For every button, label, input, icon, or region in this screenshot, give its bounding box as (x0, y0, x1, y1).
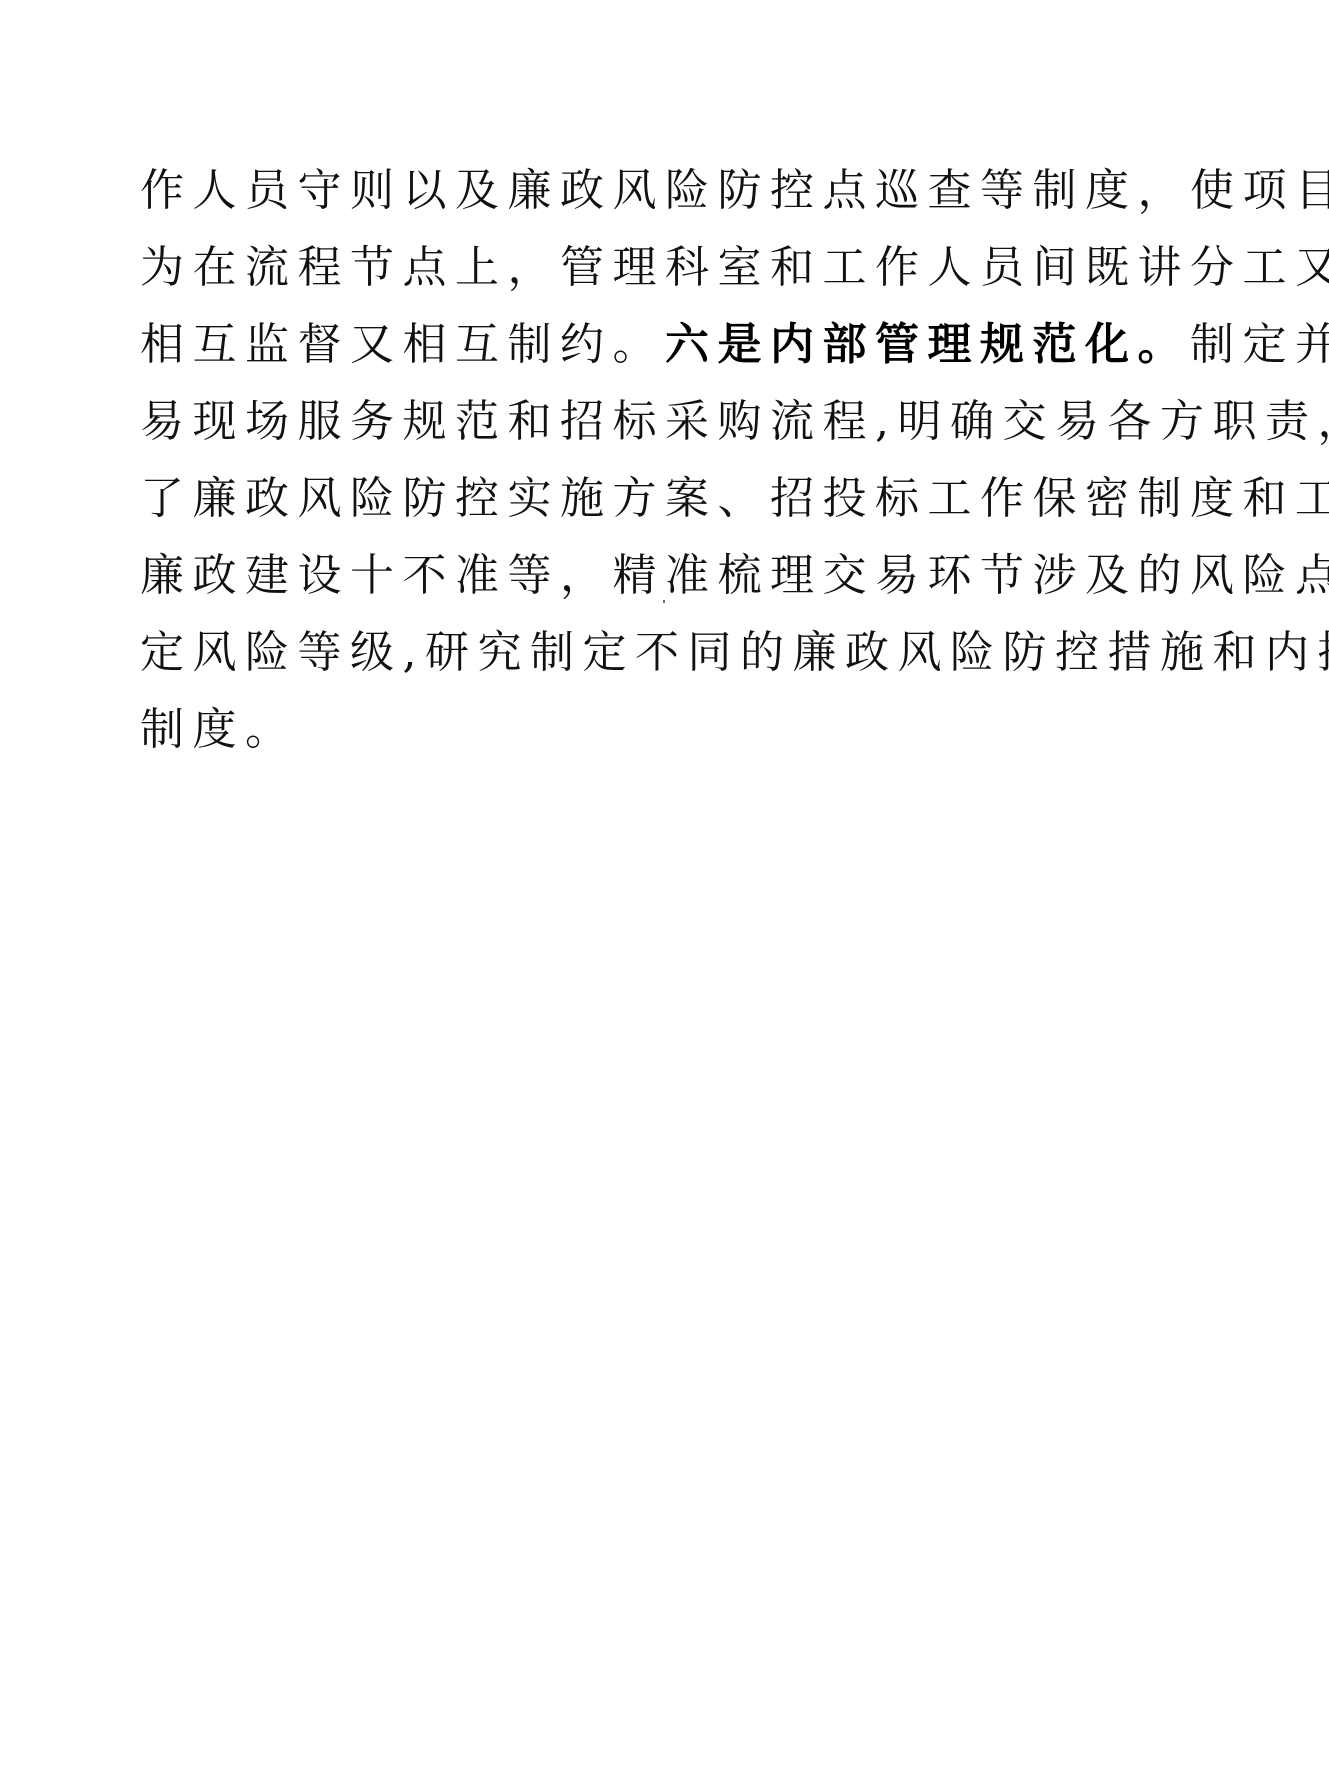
text-segment: 作人员守则以及廉政风险防控点巡查等制度，使项目交易行 (140, 165, 1329, 216)
text-segment: 了廉政风险防控实施方案、招投标工作保密制度和工作人员 (140, 473, 1329, 524)
document-page: 作人员守则以及廉政风险防控点巡查等制度，使项目交易行 为在流程节点上，管理科室和… (0, 0, 1329, 1774)
text-segment: 制定并完善交 (1190, 319, 1329, 370)
text-segment: 相互监督又相互制约。 (140, 319, 665, 370)
text-segment: 为在流程节点上，管理科室和工作人员间既讲分工又讲合作， (140, 242, 1329, 293)
text-line-5: 了廉政风险防控实施方案、招投标工作保密制度和工作人员 (140, 460, 1200, 537)
text-line-4: 易现场服务规范和招标采购流程,明确交易各方职责，制定 (140, 383, 1200, 460)
text-line-3: 相互监督又相互制约。六是内部管理规范化。制定并完善交 (140, 306, 1200, 383)
body-paragraph: 作人员守则以及廉政风险防控点巡查等制度，使项目交易行 为在流程节点上，管理科室和… (140, 152, 1200, 768)
scan-artifact-dot (663, 600, 665, 603)
text-line-6: 廉政建设十不准等，精准梳理交易环节涉及的风险点位，划 (140, 537, 1200, 614)
text-line-1: 作人员守则以及廉政风险防控点巡查等制度，使项目交易行 (140, 152, 1200, 229)
text-line-2: 为在流程节点上，管理科室和工作人员间既讲分工又讲合作， (140, 229, 1200, 306)
text-segment: 定风险等级,研究制定不同的廉政风险防控措施和内控管理 (140, 627, 1329, 678)
text-line-8: 制度。 (140, 691, 1200, 768)
bold-heading-internal-management: 六是内部管理规范化。 (665, 319, 1190, 370)
text-segment: 制度。 (140, 704, 298, 755)
text-segment: 易现场服务规范和招标采购流程,明确交易各方职责，制定 (140, 396, 1329, 447)
text-segment: 廉政建设十不准等，精准梳理交易环节涉及的风险点位，划 (140, 550, 1329, 601)
text-line-7: 定风险等级,研究制定不同的廉政风险防控措施和内控管理 (140, 614, 1200, 691)
